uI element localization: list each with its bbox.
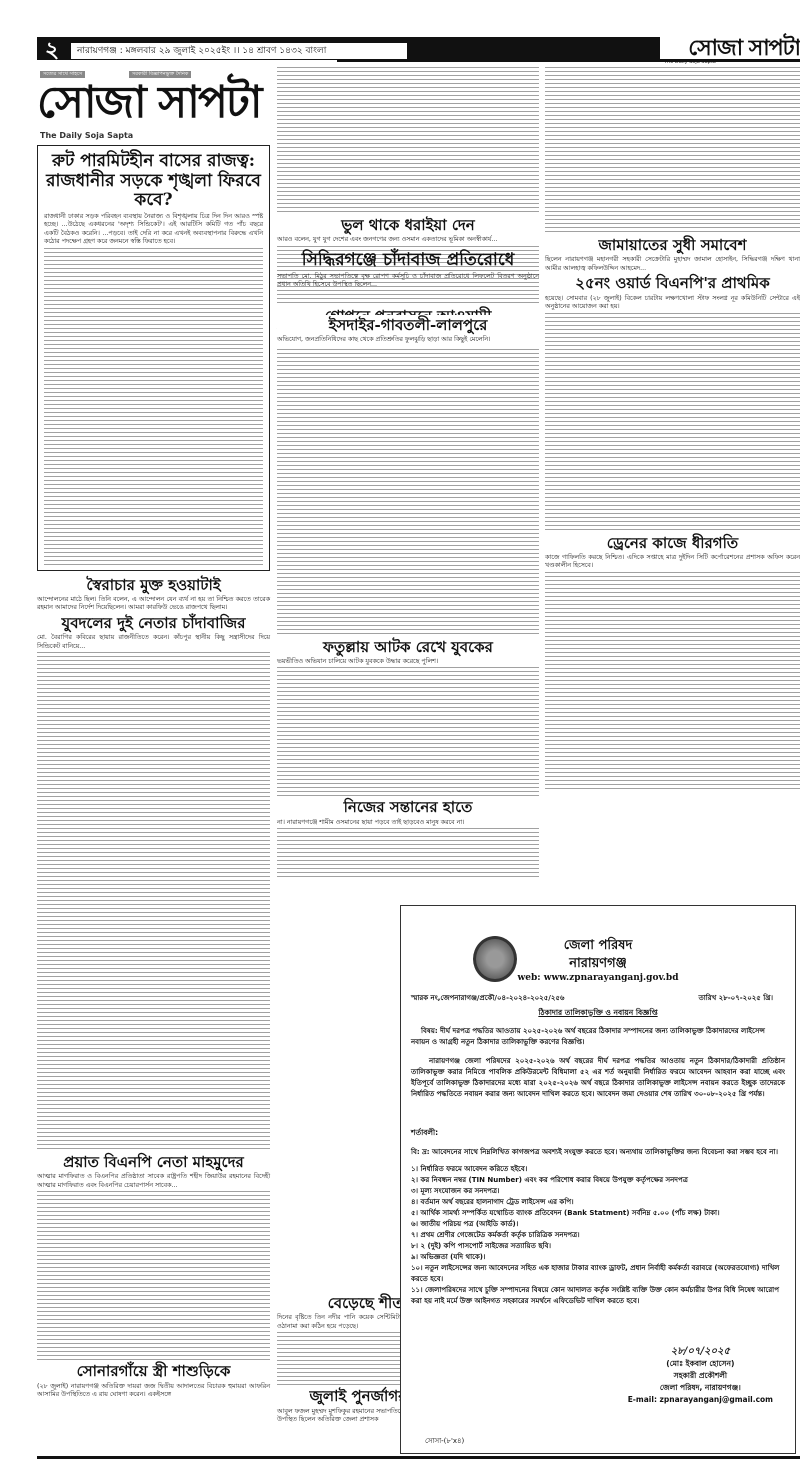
body-bhul: আরও বলেন, যুগ যুগ দেশের এবং জনগণের জন্য … xyxy=(277,236,539,245)
notice-subject: বিষয়: দীর্ঘ দরপত্র পদ্ধতির আওতায় ২০২৫-… xyxy=(411,1026,785,1048)
headline-isdair: ইসদাইর-গাবতলী-লালপুরে xyxy=(277,317,539,334)
signatory-name: (মোঃ ইকবাল হোসেন) xyxy=(628,1358,773,1370)
notice-conditions-list: ১। নির্ধারিত ফরমে আবেদন করিতে হইবে। ২। ক… xyxy=(411,1164,785,1307)
lead-body: রাজধানী ঢাকার সড়ক পরিবহন ব্যবস্থায় নৈর… xyxy=(44,213,263,247)
header-logo-text: সোজা সাপটা xyxy=(660,37,800,59)
notice-memo-number: স্মারক নং,জেপনারাগঞ্জ/প্রকৌ/০৪-২০২৪-২০২৫… xyxy=(411,992,564,1004)
page-number: ২ xyxy=(37,40,67,62)
newspaper-page: ২ নারায়ণগঞ্জ : মঙ্গলবার ২৯ জুলাই ২০২৫ইং… xyxy=(37,37,800,1463)
condition-item: ৩। মূল্য সংযোজন কর সনদপত্র। xyxy=(411,1186,785,1197)
condition-item: ১১। জেলাপরিষদের সাথে চুক্তি সম্পাদনের বি… xyxy=(411,1285,785,1307)
headline-fatullah: ফতুল্লায় আটক রেখে যুবকের xyxy=(277,639,539,656)
headline-swairachar: স্বৈরাচার মুক্ত হওয়াটাই xyxy=(37,577,270,594)
notice-email: E-mail: zpnarayanganj@gmail.com xyxy=(628,1394,773,1406)
condition-item: ৯। অভিজ্ঞতা (যদি থাকে)। xyxy=(411,1252,785,1263)
body-ward25: হয়েছে। সোমবার (২৮ জুলাই) বিকেল চারটায় … xyxy=(545,295,800,312)
body-mahmud: আত্মার মাগফিরাত ও বিএনপির প্রতিষ্ঠাতা সা… xyxy=(37,1173,270,1190)
body-drain: কাজে গাফিলতি করছে নিশ্চিত। এদিকে সপ্তাহে… xyxy=(545,554,800,571)
notice-title: ঠিকাদার তালিকাভুক্তি ও নবায়ন বিজ্ঞপ্তি xyxy=(401,1008,795,1020)
column-middle: ভুল থাকে ধরাইয়া দেন আরও বলেন, যুগ যুগ দ… xyxy=(277,67,539,878)
condition-item: ১০। নতুন লাইসেন্সের জন্য আবেদনের সহিত এক… xyxy=(411,1263,785,1285)
signature: ২৮/০৭/২০২৫ xyxy=(628,1346,773,1358)
awami-body-text-lines xyxy=(277,337,539,637)
isdair-article: ইসদাইর-গাবতলী-লালপুরে অভিযোগ, জনপ্রতিনিধ… xyxy=(277,315,539,346)
notice-website: web: www.zpnarayanganj.gov.bd xyxy=(401,973,795,983)
headline-jamaat: জামায়াতের সুধী সমাবেশ xyxy=(545,237,800,254)
body-jamaat: ছিলেন নারায়ণগঞ্জ মহানগরী সহকারী সেক্রেট… xyxy=(545,256,800,273)
condition-item: ৭। প্রথম শ্রেণীর গেজেটেড কর্মকর্তা কর্তৃ… xyxy=(411,1230,785,1241)
headline-nijer: নিজের সন্তানের হাতে xyxy=(277,799,539,816)
body-fatullah: ভয়ভীতিও অভিযান চালিয়ে আটক যুবককে উদ্ধা… xyxy=(277,658,539,667)
masthead-logo-en: The Daily Soja Sapta xyxy=(40,131,133,140)
notice-signature-block: ২৮/০৭/২০২৫ (মোঃ ইকবাল হোসেন) সহকারী প্রক… xyxy=(628,1346,773,1406)
body-swairachar: আন্দোলনের মাঠে ছিল। তিনি বলেন, এ আন্দোলন… xyxy=(37,596,270,613)
header-rule xyxy=(337,59,800,62)
headline-ward25: ২৫নং ওয়ার্ড বিএনপি'র প্রাথমিক xyxy=(545,275,800,292)
headline-drain: ড্রেনের কাজে ধীরগতি xyxy=(545,535,800,552)
signatory-office: জেলা পরিষদ, নারায়ণগঞ্জ। xyxy=(628,1382,773,1394)
signatory-title: সহকারী প্রকৌশলী xyxy=(628,1370,773,1382)
lead-headline: রুট পারমিটহীন বাসের রাজত্ব: রাজধানীর সড়… xyxy=(44,152,263,211)
body-jubodal: মো. বৈরাগির কবিরের ছায়ায় রাজনীতিতে করে… xyxy=(37,634,270,651)
column-left: সত্যের সাথে সাহসে সরকারী বিজ্ঞাপনভুক্ত দ… xyxy=(37,67,270,1401)
continued-text-lines xyxy=(277,67,539,215)
condition-item: ৪। বর্তমান অর্থ বছরের হালনাগাদ ট্রেড লাই… xyxy=(411,1197,785,1208)
continued-text-lines-right xyxy=(545,67,800,235)
body-siddhirganj: সভাপতি মো. মিঠুর সভাপতিত্বে বৃক্ষ রোপণ ক… xyxy=(277,273,539,290)
drain-body-text-lines xyxy=(545,572,800,792)
fatullah-body-text-lines xyxy=(277,667,539,797)
notice-org-location: নারায়ণগঞ্জ xyxy=(401,954,795,975)
condition-item: ৮। ২ (দুই) কপি পাসপোর্ট সাইজের সত্যায়িত… xyxy=(411,1241,785,1252)
headline-mahmud: প্রয়াত বিএনপি নেতা মাহমুদের xyxy=(37,1154,270,1171)
notice-date: তারিখ ২৮-০৭-২০২৫ খ্রি। xyxy=(698,992,773,1004)
notice-nb: বি: দ্র: আবেদনের সাথে নিম্নলিখিত কাগজপত্… xyxy=(411,1146,785,1158)
siddhirganj-article: সিদ্ধিরগঞ্জে চাঁদাবাজ প্রতিরোধে সভাপতি ম… xyxy=(277,249,539,291)
mahmud-body-text-lines xyxy=(37,1191,270,1361)
body-sonargaon: (২৮ জুলাই) নারায়ণগঞ্জ অতিরিক্ত দায়রা জ… xyxy=(37,1383,270,1400)
zila-parishad-notice: জেলা পরিষদ নারায়ণগঞ্জ web: www.zpnaraya… xyxy=(400,905,796,1454)
condition-item: ১। নির্ধারিত ফরমে আবেদন করিতে হইবে। xyxy=(411,1164,785,1175)
condition-item: ২। কর নিবন্ধন নম্বর (TIN Number) এবং কর … xyxy=(411,1175,785,1186)
headline-sonargaon: সোনারগাঁয়ে স্ত্রী শাশুড়িকে xyxy=(37,1363,270,1380)
headline-siddhirganj: সিদ্ধিরগঞ্জে চাঁদাবাজ প্রতিরোধে xyxy=(277,251,539,271)
nijer-body-text-lines xyxy=(277,828,539,878)
headline-bhul: ভুল থাকে ধরাইয়া দেন xyxy=(277,217,539,234)
headline-jubodal: যুবদলের দুই নেতার চাঁদাবাজির xyxy=(37,615,270,632)
condition-item: ৬। জাতীয় পরিচয় পত্র (আইডি কার্ড)। xyxy=(411,1219,785,1230)
lead-body-text-lines xyxy=(44,248,263,566)
notice-conditions-heading: শর্তাবলী: xyxy=(411,1128,438,1140)
body-nijer: না। নারায়ণগঞ্জে শামীম ওসমানের ছায়া পড়… xyxy=(277,819,539,828)
jubodal-body-text-lines xyxy=(37,652,270,1152)
column-right: জামায়াতের সুধী সমাবেশ ছিলেন নারায়ণগঞ্জ… xyxy=(545,67,800,792)
notice-paragraph: নারায়ণগঞ্জ জেলা পরিষদের ২০২৫-২০২৬ অর্থ … xyxy=(411,1056,785,1100)
dateline: নারায়ণগঞ্জ : মঙ্গলবার ২৯ জুলাই ২০২৫ইং ।… xyxy=(71,43,407,59)
bottom-rule xyxy=(37,1456,800,1459)
masthead: সত্যের সাথে সাহসে সরকারী বিজ্ঞাপনভুক্ত দ… xyxy=(37,67,270,145)
notice-reference: সোসা-(৮'x৪) xyxy=(425,1435,464,1447)
lead-article: রুট পারমিটহীন বাসের রাজত্ব: রাজধানীর সড়… xyxy=(37,145,270,571)
masthead-logo: সোজা সাপটা xyxy=(37,79,261,127)
condition-item: ৫। আর্থিক সামর্থ্য সম্পর্কিত যথোচিত ব্যা… xyxy=(411,1208,785,1219)
ward25-body-text-lines xyxy=(545,313,800,533)
body-isdair: অভিযোগ, জনপ্রতিনিধিদের কাছ থেকে প্রতিশ্র… xyxy=(277,336,539,345)
